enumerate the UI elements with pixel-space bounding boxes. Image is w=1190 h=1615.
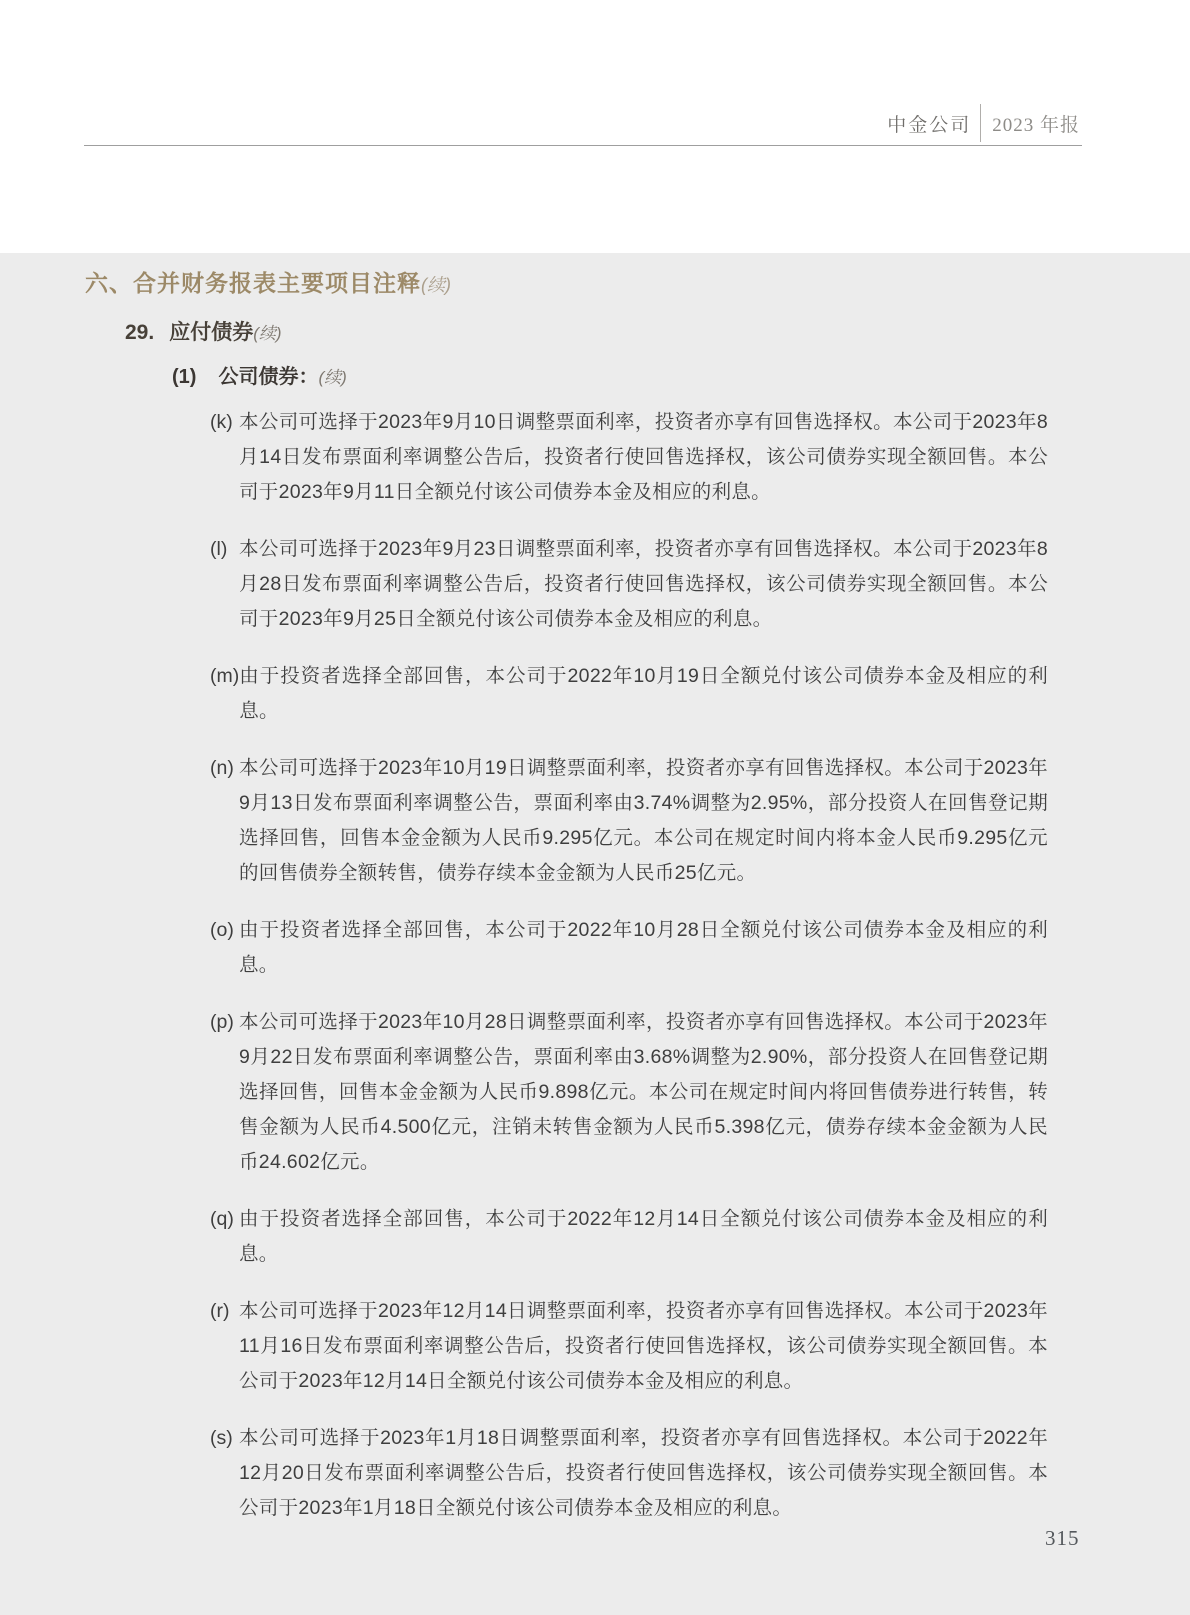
paragraph-label: (k) [210,405,239,510]
paragraph-label: (s) [210,1421,239,1526]
note-number: 29. [125,321,154,344]
paragraph-label: (o) [210,913,239,983]
page-number: 315 [1045,1526,1080,1551]
report-edition: 2023 年报 [992,110,1080,137]
paragraph-text: 由于投资者选择全部回售，本公司于2022年10月28日全额兑付该公司债券本金及相… [239,913,1048,983]
page-header: 中金公司 2023 年报 [0,104,1080,142]
paragraph-label: (l) [210,532,239,637]
note-paragraph: (l) 本公司可选择于2023年9月23日调整票面利率，投资者亦享有回售选择权。… [210,532,1048,637]
paragraph-text: 本公司可选择于2023年10月28日调整票面利率，投资者亦享有回售选择权。本公司… [239,1005,1048,1180]
note-heading: 29.应付债券(续) [125,319,1105,348]
note-continued-note: (续) [253,324,281,343]
report-page: 中金公司 2023 年报 六、合并财务报表主要项目注释(续) 29.应付债券(续… [0,0,1190,1615]
section-heading: 六、合并财务报表主要项目注释(续) [85,267,1105,301]
paragraph-label: (n) [210,751,239,891]
paragraph-label: (q) [210,1202,239,1272]
header-divider [980,104,981,142]
note-paragraph: (q) 由于投资者选择全部回售，本公司于2022年12月14日全额兑付该公司债券… [210,1202,1048,1272]
item-title: 公司债券： [218,366,318,388]
section-heading-continued-note: (续) [421,275,451,295]
note-paragraph: (m) 由于投资者选择全部回售，本公司于2022年10月19日全额兑付该公司债券… [210,659,1048,729]
item-number: (1) [172,366,196,388]
paragraph-list: (k) 本公司可选择于2023年9月10日调整票面利率，投资者亦享有回售选择权。… [210,405,1105,1526]
note-paragraph: (r) 本公司可选择于2023年12月14日调整票面利率，投资者亦享有回售选择权… [210,1294,1048,1399]
paragraph-text: 本公司可选择于2023年1月18日调整票面利率，投资者亦享有回售选择权。本公司于… [239,1421,1048,1526]
paragraph-text: 本公司可选择于2023年9月23日调整票面利率，投资者亦享有回售选择权。本公司于… [239,532,1048,637]
paragraph-text: 本公司可选择于2023年9月10日调整票面利率，投资者亦享有回售选择权。本公司于… [239,405,1048,510]
note-paragraph: (p) 本公司可选择于2023年10月28日调整票面利率，投资者亦享有回售选择权… [210,1005,1048,1180]
company-name: 中金公司 [887,110,971,137]
paragraph-text: 本公司可选择于2023年12月14日调整票面利率，投资者亦享有回售选择权。本公司… [239,1294,1048,1399]
header-rule [84,145,1082,146]
note-title: 应付债券 [169,321,253,344]
item-continued-note: (续) [318,368,346,387]
paragraph-label: (m) [210,659,239,729]
paragraph-text: 由于投资者选择全部回售，本公司于2022年12月14日全额兑付该公司债券本金及相… [239,1202,1048,1272]
paragraph-label: (r) [210,1294,239,1399]
section-heading-text: 六、合并财务报表主要项目注释 [85,270,421,296]
note-paragraph: (o) 由于投资者选择全部回售，本公司于2022年10月28日全额兑付该公司债券… [210,913,1048,983]
note-paragraph: (k) 本公司可选择于2023年9月10日调整票面利率，投资者亦享有回售选择权。… [210,405,1048,510]
paragraph-text: 由于投资者选择全部回售，本公司于2022年10月19日全额兑付该公司债券本金及相… [239,659,1048,729]
item-heading: (1)公司债券：(续) [172,364,1105,391]
paragraph-text: 本公司可选择于2023年10月19日调整票面利率，投资者亦享有回售选择权。本公司… [239,751,1048,891]
content-area: 六、合并财务报表主要项目注释(续) 29.应付债券(续) (1)公司债券：(续)… [0,253,1190,1615]
note-paragraph: (s) 本公司可选择于2023年1月18日调整票面利率，投资者亦享有回售选择权。… [210,1421,1048,1526]
note-paragraph: (n) 本公司可选择于2023年10月19日调整票面利率，投资者亦享有回售选择权… [210,751,1048,891]
paragraph-label: (p) [210,1005,239,1180]
